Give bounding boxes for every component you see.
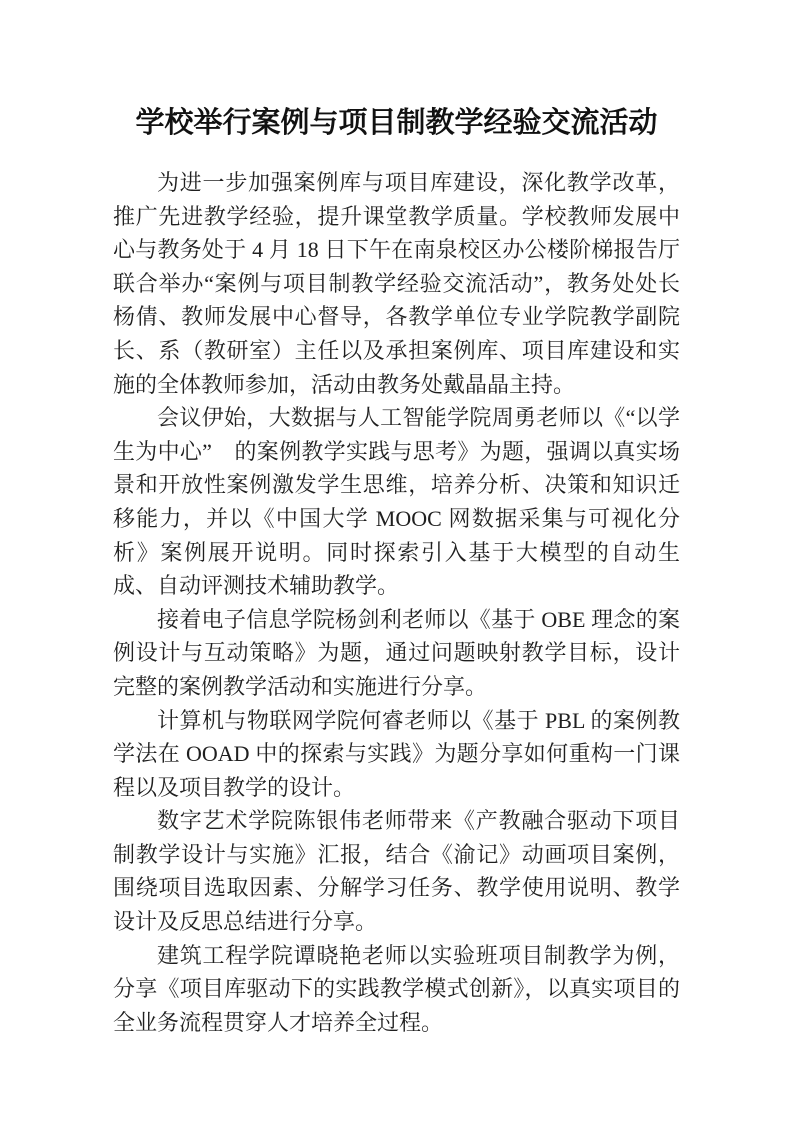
paragraph-speaker-herui: 计算机与物联网学院何睿老师以《基于 PBL 的案例教学法在 OOAD 中的探索与… <box>113 704 680 805</box>
document-body: 为进一步加强案例库与项目库建设，深化教学改革，推广先进教学经验，提升课堂教学质量… <box>113 166 680 1039</box>
document-title: 学校举行案例与项目制教学经验交流活动 <box>0 101 793 145</box>
document-page: 学校举行案例与项目制教学经验交流活动 为进一步加强案例库与项目库建设，深化教学改… <box>0 0 793 1122</box>
paragraph-speaker-zhouyong: 会议伊始，大数据与人工智能学院周勇老师以《“以学生为中心” 的案例教学实践与思考… <box>113 401 680 603</box>
paragraph-speaker-tanxiaoyan: 建筑工程学院谭晓艳老师以实验班项目制教学为例，分享《项目库驱动下的实践教学模式创… <box>113 939 680 1040</box>
paragraph-intro: 为进一步加强案例库与项目库建设，深化教学改革，推广先进教学经验，提升课堂教学质量… <box>113 166 680 401</box>
paragraph-speaker-yangjianli: 接着电子信息学院杨剑利老师以《基于 OBE 理念的案例设计与互动策略》为题，通过… <box>113 603 680 704</box>
paragraph-speaker-chenyinwei: 数字艺术学院陈银伟老师带来《产教融合驱动下项目制教学设计与实施》汇报，结合《渝记… <box>113 804 680 938</box>
